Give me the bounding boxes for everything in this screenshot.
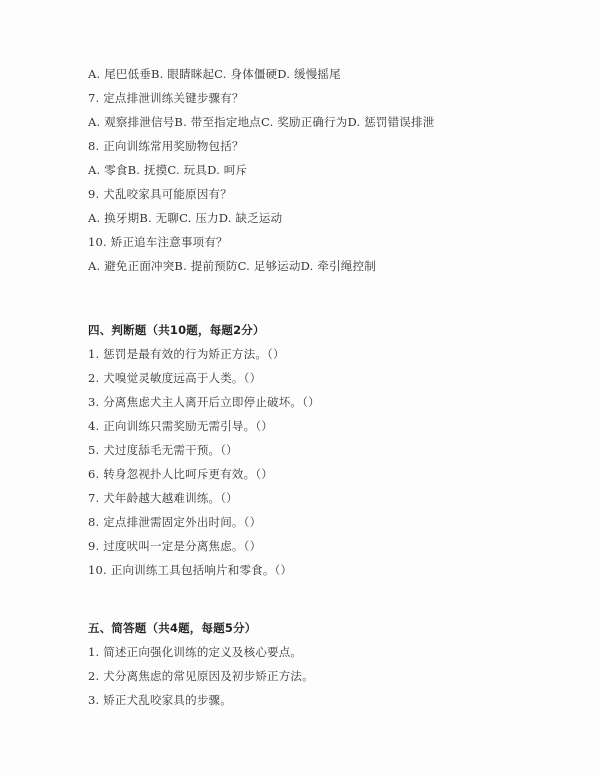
option-line: A. 观察排泄信号B. 带至指定地点C. 奖励正确行为D. 惩罚错误排泄 (88, 114, 434, 130)
true-false-item: 7. 犬年龄越大越难训练。（） (88, 490, 238, 506)
short-answer-item: 2. 犬分离焦虑的常见原因及初步矫正方法。 (88, 668, 314, 684)
option-line: A. 尾巴低垂B. 眼睛眯起C. 身体僵硬D. 缓慢摇尾 (88, 66, 341, 82)
question-line: 8. 正向训练常用奖励物包括？ (88, 138, 244, 154)
true-false-item: 3. 分离焦虑犬主人离开后立即停止破坏。（） (88, 394, 320, 410)
option-line: A. 零食B. 抚摸C. 玩具D. 呵斥 (88, 162, 247, 178)
true-false-item: 9. 过度吠叫一定是分离焦虑。（） (88, 538, 261, 554)
question-line: 10. 矫正追车注意事项有？ (88, 234, 228, 250)
section-heading-short-answer: 五、简答题（共4题，每题5分） (88, 620, 257, 636)
option-line: A. 避免正面冲突B. 提前预防C. 足够运动D. 牵引绳控制 (88, 258, 376, 274)
true-false-item: 10. 正向训练工具包括响片和零食。（） (88, 562, 292, 578)
question-line: 7. 定点排泄训练关键步骤有？ (88, 90, 244, 106)
true-false-item: 8. 定点排泄需固定外出时间。（） (88, 514, 261, 530)
question-line: 9. 犬乱咬家具可能原因有？ (88, 186, 232, 202)
true-false-item: 1. 惩罚是最有效的行为矫正方法。（） (88, 346, 285, 362)
true-false-item: 2. 犬嗅觉灵敏度远高于人类。（） (88, 370, 261, 386)
short-answer-item: 1. 简述正向强化训练的定义及核心要点。 (88, 644, 302, 660)
option-line: A. 换牙期B. 无聊C. 压力D. 缺乏运动 (88, 210, 282, 226)
true-false-item: 5. 犬过度舔毛无需干预。（） (88, 442, 238, 458)
section-heading-true-false: 四、判断题（共10题，每题2分） (88, 322, 265, 338)
true-false-item: 6. 转身忽视扑人比呵斥更有效。（） (88, 466, 273, 482)
short-answer-item: 3. 矫正犬乱咬家具的步骤。 (88, 692, 232, 708)
true-false-item: 4. 正向训练只需奖励无需引导。（） (88, 418, 273, 434)
